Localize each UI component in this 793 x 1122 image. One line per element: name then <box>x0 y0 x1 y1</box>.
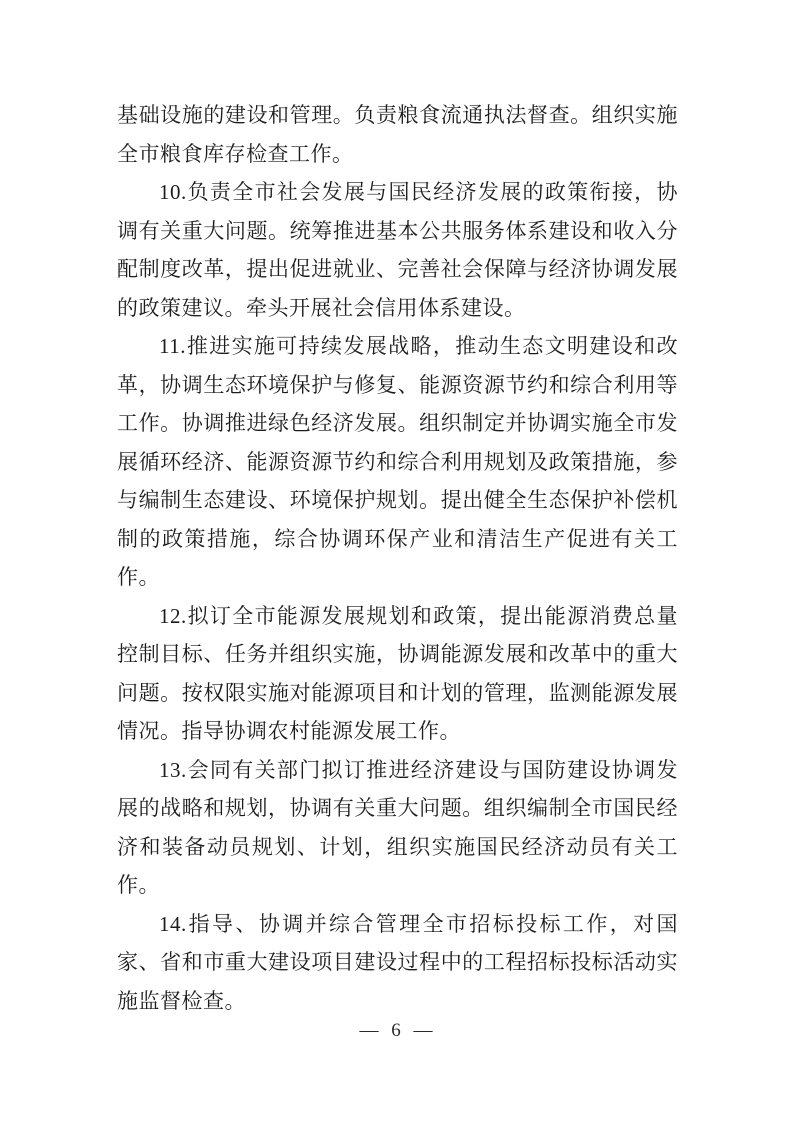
paragraph-item-10: 10.负责全市社会发展与国民经济发展的政策衔接，协调有关重大问题。统筹推进基本公… <box>117 173 678 327</box>
paragraph-item-11: 11.推进实施可持续发展战略，推动生态文明建设和改革，协调生态环境保护与修复、能… <box>117 327 678 597</box>
document-page: 基础设施的建设和管理。负责粮食流通执法督查。组织实施全市粮食库存检查工作。 10… <box>0 0 793 1122</box>
document-body: 基础设施的建设和管理。负责粮食流通执法督查。组织实施全市粮食库存检查工作。 10… <box>117 96 678 1020</box>
paragraph-continuation: 基础设施的建设和管理。负责粮食流通执法督查。组织实施全市粮食库存检查工作。 <box>117 96 678 173</box>
paragraph-item-13: 13.会同有关部门拟订推进经济建设与国防建设协调发展的战略和规划，协调有关重大问… <box>117 751 678 905</box>
paragraph-item-12: 12.拟订全市能源发展规划和政策，提出能源消费总量控制目标、任务并组织实施，协调… <box>117 597 678 751</box>
page-footer: — 6 — <box>0 1016 793 1046</box>
paragraph-item-14: 14.指导、协调并综合管理全市招标投标工作，对国家、省和市重大建设项目建设过程中… <box>117 905 678 1021</box>
page-number: — 6 — <box>360 1020 434 1041</box>
